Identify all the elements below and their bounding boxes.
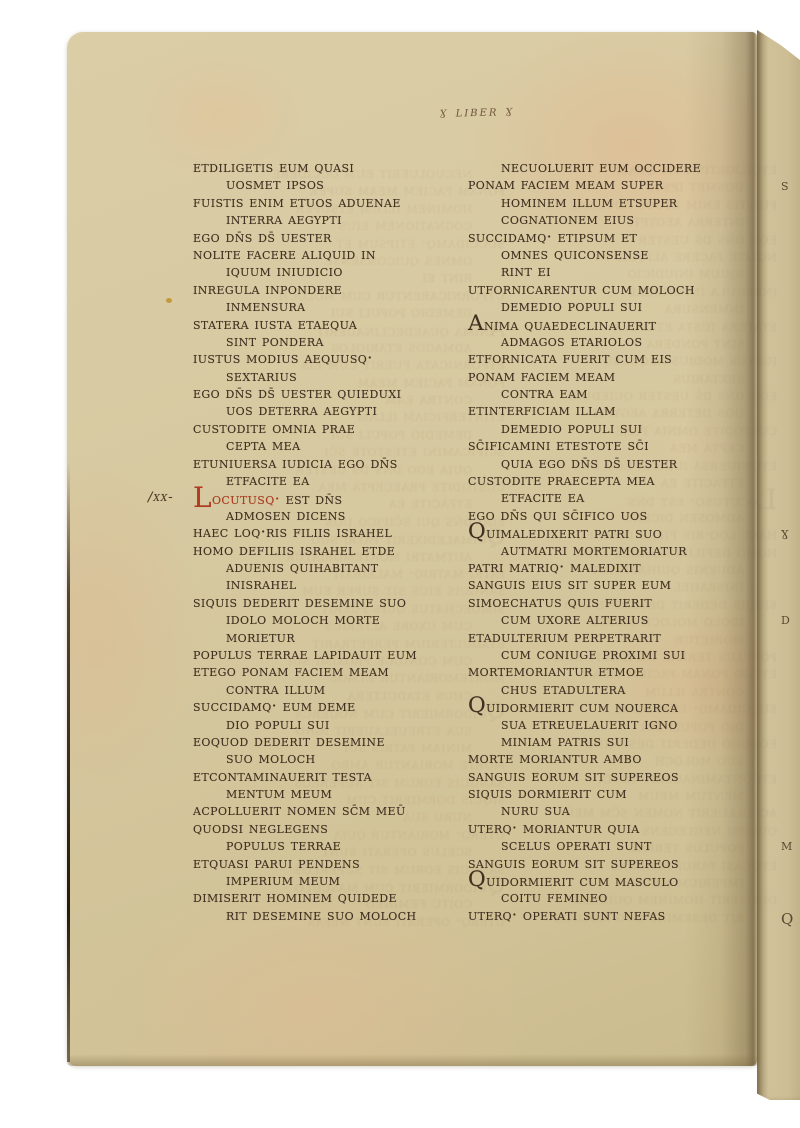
manuscript-line: contra illum (193, 680, 493, 697)
manuscript-line: miniam patris sui (468, 732, 768, 749)
manuscript-line: idolo moloch morte (193, 610, 493, 627)
facing-page-text-fragment: Q (781, 910, 793, 928)
manuscript-line: uos deterra aegypti (193, 401, 493, 418)
manuscript-line: etego ponam faciem meam (193, 662, 493, 679)
manuscript-line: etquasi parui pendens (193, 854, 493, 871)
manuscript-line: coitu femineo (468, 888, 768, 905)
manuscript-line: hominem illum etsuper (468, 193, 768, 210)
manuscript-line: autmatri mortemoriatur (468, 541, 768, 558)
manuscript-line: haec loq·ris filiis israhel (193, 523, 493, 540)
manuscript-line: demedio populi sui (468, 297, 768, 314)
manuscript-line: inisrahel (193, 575, 493, 592)
manuscript-line: succidamq· etipsum et (468, 228, 768, 245)
manuscript-line: ponam faciem meam super (468, 175, 768, 192)
manuscript-line: chus etadultera (468, 680, 768, 697)
manuscript-line: sua etreuelauerit igno (468, 715, 768, 732)
page-left-edge-shadow (67, 462, 70, 1062)
manuscript-line: custodite omnia prae (193, 419, 493, 436)
manuscript-line: fuistis enim etuos aduenae (193, 193, 493, 210)
manuscript-line: mortemoriantur etmoe (468, 662, 768, 679)
manuscript-line: siquis dormierit cum (468, 784, 768, 801)
facing-page-text-fragment: m (781, 836, 792, 854)
manuscript-line: rint ei (468, 262, 768, 279)
manuscript-line: admosen dicens (193, 506, 493, 523)
manuscript-line: interra aegypti (193, 210, 493, 227)
manuscript-line: ego dn̄s ds̄ uester quieduxi (193, 384, 493, 401)
manuscript-line: populus terrae (193, 836, 493, 853)
manuscript-page: ɣliberɣ necuoluerit eum occidereponam fa… (67, 32, 757, 1066)
manuscript-line: etuniuersa iudicia ego dn̄s (193, 454, 493, 471)
manuscript-line: scelus operati sunt (468, 836, 768, 853)
facing-page-text-fragment: ɣ (781, 524, 789, 542)
manuscript-line: homo defiliis israhel etde (193, 541, 493, 558)
manuscript-line: demedio populi sui (468, 419, 768, 436)
manuscript-photo: sɣdmQ ɣliberɣ necuoluerit eum occiderepo… (0, 0, 800, 1128)
page-bottom-edge (67, 1054, 757, 1066)
manuscript-line: ego dn̄s qui sc̄ifico uos (468, 506, 768, 523)
manuscript-line: inregula inpondere (193, 280, 493, 297)
manuscript-line: Quidormierit cum nouerca (468, 697, 768, 714)
manuscript-line: eoquod dederit desemine (193, 732, 493, 749)
manuscript-line: cognationem eius (468, 210, 768, 227)
text-column-left: etdiligetis eum quasiuosmet ipsosfuistis… (193, 158, 493, 923)
manuscript-line: Quidormierit cum masculo (468, 871, 768, 888)
manuscript-line: aduenis quihabitant (193, 558, 493, 575)
facing-page-text-fragment: s (781, 176, 789, 194)
manuscript-line: contra eam (468, 384, 768, 401)
manuscript-line: sextarius (193, 367, 493, 384)
manuscript-line: necuoluerit eum occidere (468, 158, 768, 175)
manuscript-line: Anima quaedeclinauerit (468, 315, 768, 332)
manuscript-line: custodite praecepta mea (468, 471, 768, 488)
manuscript-line: dio populi sui (193, 715, 493, 732)
flourish-icon: ɣ (498, 103, 522, 120)
manuscript-line: quia ego dn̄s ds̄ uester (468, 454, 768, 471)
manuscript-line: uterq· moriantur quia (468, 819, 768, 836)
manuscript-line: nuru sua (468, 801, 768, 818)
chapter-number-mark: ∕xx- (148, 489, 174, 506)
manuscript-line: morte moriantur ambo (468, 749, 768, 766)
manuscript-line: Quimaledixerit patri suo (468, 523, 768, 540)
manuscript-line: siquis dederit desemine suo (193, 593, 493, 610)
manuscript-line: populus terrae lapidauit eum (193, 645, 493, 662)
manuscript-line: sanguis eius sit super eum (468, 575, 768, 592)
manuscript-line: etfornicata fuerit cum eis (468, 349, 768, 366)
manuscript-line: etdiligetis eum quasi (193, 158, 493, 175)
manuscript-line: uosmet ipsos (193, 175, 493, 192)
manuscript-line: ∕xx-Locutusq· est dn̄s (193, 488, 493, 505)
manuscript-line: ego dn̄s ds̄ uester (193, 228, 493, 245)
manuscript-line: etcontaminauerit testa (193, 767, 493, 784)
manuscript-line: nolite facere aliquid in (193, 245, 493, 262)
manuscript-line: ponam faciem meam (468, 367, 768, 384)
manuscript-line: admagos etariolos (468, 332, 768, 349)
manuscript-line: succidamq· eum deme (193, 697, 493, 714)
manuscript-line: inmensura (193, 297, 493, 314)
manuscript-line: etfacite ea (193, 471, 493, 488)
manuscript-line: rit desemine suo moloch (193, 906, 493, 923)
manuscript-line: acpolluerit nomen sc̄m meū (193, 801, 493, 818)
text-column-right: necuoluerit eum occidereponam faciem mea… (468, 158, 768, 923)
manuscript-line: statera iusta etaequa (193, 315, 493, 332)
manuscript-line: cum uxore alterius (468, 610, 768, 627)
manuscript-line: cepta mea (193, 436, 493, 453)
manuscript-line: imperium meum (193, 871, 493, 888)
manuscript-line: sc̄ificamini etestote sc̄i (468, 436, 768, 453)
flourish-icon: ɣ (432, 105, 456, 122)
pigment-speck (166, 298, 172, 303)
facing-page-text-fragment: d (781, 610, 790, 628)
manuscript-line: cum coniuge proximi sui (468, 645, 768, 662)
manuscript-line: etadulterium perpetrarit (468, 628, 768, 645)
manuscript-line: mentum meum (193, 784, 493, 801)
manuscript-line: sanguis eorum sit supereos (468, 767, 768, 784)
manuscript-line: sanguis eorum sit supereos (468, 854, 768, 871)
manuscript-line: patri matriq· maledixit (468, 558, 768, 575)
manuscript-line: dimiserit hominem quidede (193, 888, 493, 905)
manuscript-line: quodsi neglegens (193, 819, 493, 836)
manuscript-line: simoechatus quis fuerit (468, 593, 768, 610)
manuscript-line: etfacite ea (468, 488, 768, 505)
manuscript-line: omnes quiconsense (468, 245, 768, 262)
running-title-text: liber (455, 103, 498, 120)
manuscript-line: iustus modius aequusq· (193, 349, 493, 366)
manuscript-line: morietur (193, 628, 493, 645)
manuscript-line: sint pondera (193, 332, 493, 349)
manuscript-line: suo moloch (193, 749, 493, 766)
manuscript-line: iquum iniudicio (193, 262, 493, 279)
running-title: ɣliberɣ (397, 102, 557, 122)
manuscript-line: etinterficiam illam (468, 401, 768, 418)
manuscript-line: uterq· operati sunt nefas (468, 906, 768, 923)
manuscript-line: utfornicarentur cum moloch (468, 280, 768, 297)
